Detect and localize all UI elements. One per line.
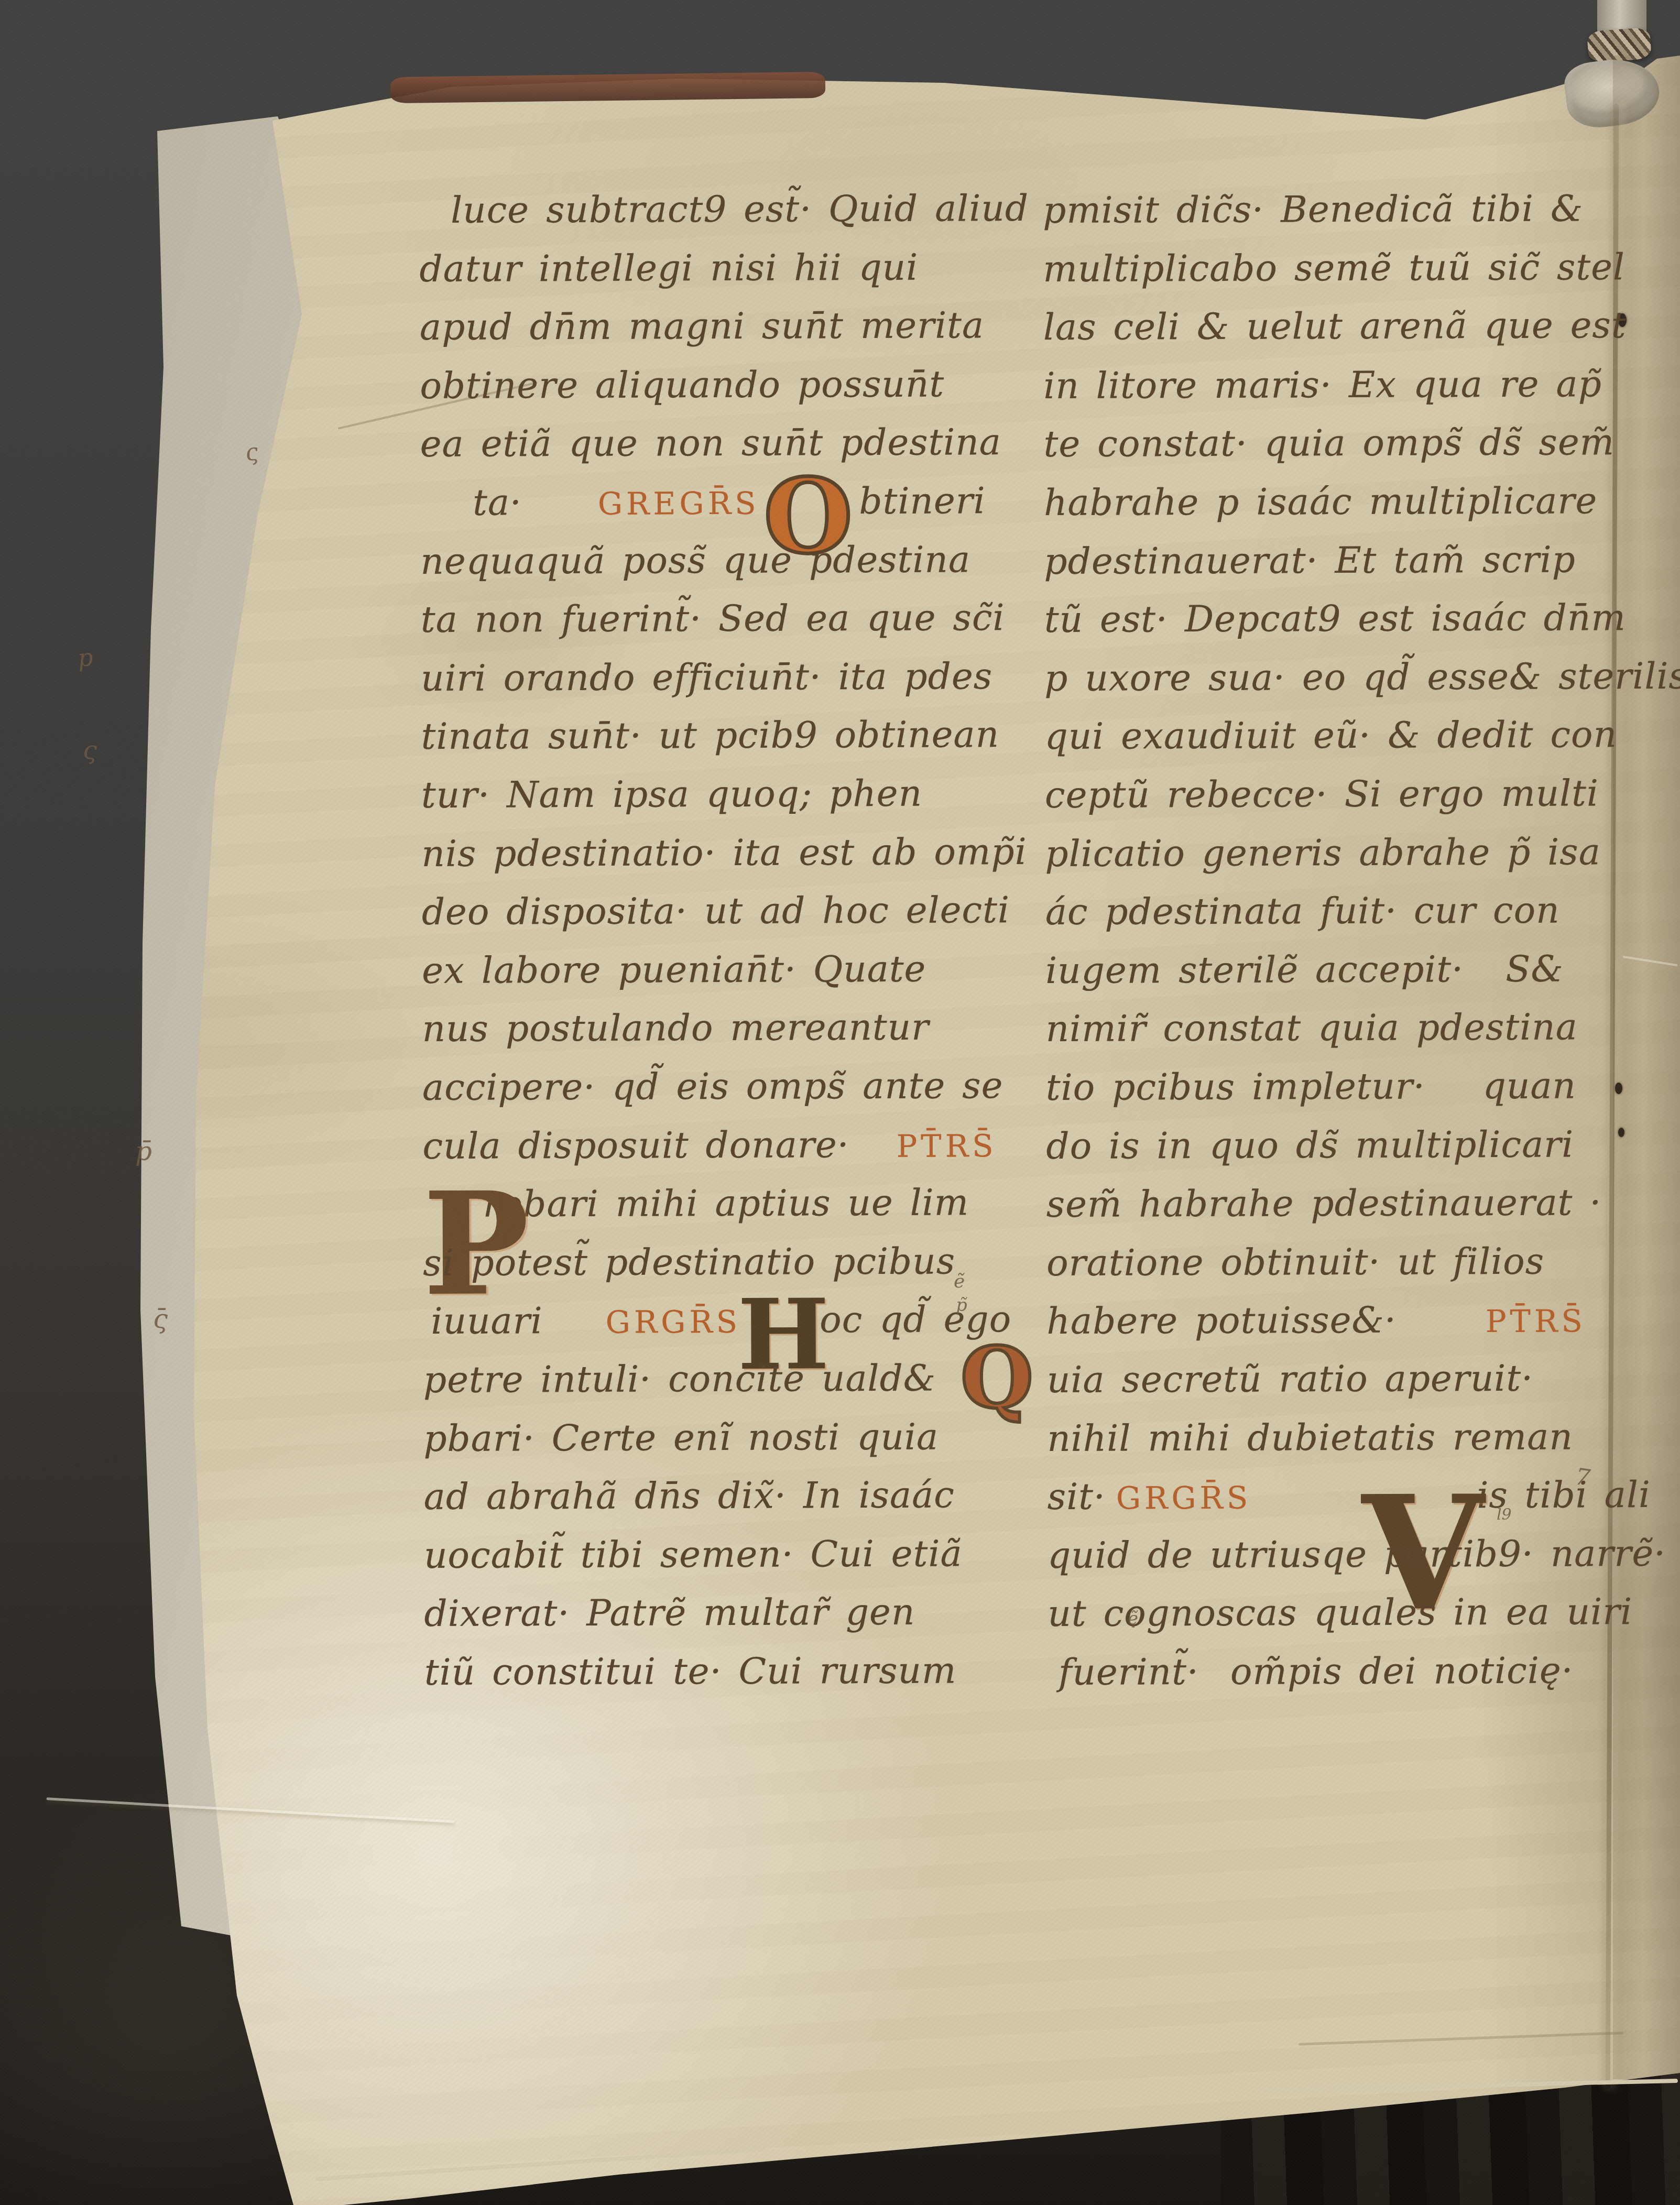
text-line: uiri orando efficiun̄t· ita pdes xyxy=(421,656,992,716)
text-segment: oratione obtinuit· ut filios xyxy=(1046,1240,1544,1284)
margin-mark: l9 xyxy=(1497,1507,1512,1523)
rubric-speaker: GRGR̄S xyxy=(606,1304,741,1340)
text-line: obtinere aliquando possun̄t xyxy=(420,363,944,423)
text-segment: apud dn̄m magni sun̄t merita xyxy=(420,304,984,348)
text-segment: multiplicabo semẽ tuũ sic̃ stel xyxy=(1043,246,1625,290)
text-segment: nihil mihi dubietatis reman xyxy=(1047,1416,1573,1460)
rubric-speaker: GREGR̄S xyxy=(598,485,760,522)
text-segment: S& xyxy=(1506,948,1564,990)
text-line: Quia secretũ ratio aperuit· xyxy=(1047,1358,1533,1418)
rubric-speaker: PT̄RS̄ xyxy=(896,1128,997,1164)
page-top-edge-stain xyxy=(390,72,826,103)
worm-hole xyxy=(1618,1128,1624,1137)
text-line: multiplicabo semẽ tuũ sic̃ stel xyxy=(1043,246,1625,307)
margin-mark: p xyxy=(77,645,94,670)
text-segment: nimir̃ constat quia pdestina xyxy=(1045,1007,1577,1051)
text-line: si potest̃ pdestinatio pcibus xyxy=(423,1240,955,1301)
text-line: las celi & uelut arenã que est xyxy=(1043,304,1627,365)
text-segment: deo disposita· ut ad hoc electi xyxy=(422,889,1010,933)
text-line: pbari· Certe enĩ nosti quia xyxy=(423,1416,939,1476)
text-line: tiũ constitui te· Cui rursum xyxy=(424,1650,957,1710)
text-segment: in litore maris· Ex qua re ap̃ xyxy=(1043,363,1602,407)
text-segment: accipere· qd̃ eis omps̃ ante se xyxy=(422,1065,1003,1109)
text-segment: pdestinauerat· Et tam̃ scrip xyxy=(1044,539,1576,583)
margin-mark: ẽ xyxy=(954,1272,965,1291)
text-line: sem̃ habrahe pdestinauerat · xyxy=(1046,1182,1602,1243)
text-line: p uxore sua· eo qd̃ esse& sterilis xyxy=(1044,656,1680,716)
text-line: qui exaudiuit eũ· & dedit con xyxy=(1045,714,1618,775)
text-line: apud dn̄m magni sun̄t merita xyxy=(420,304,985,365)
text-segment: ta non fuerint̃· Sed ea que sc̃i xyxy=(421,597,1005,641)
text-segment: sit· xyxy=(1048,1476,1106,1518)
text-segment: quan xyxy=(1483,1065,1576,1107)
text-line: nis pdestinatio· ita est ab omp̃i xyxy=(421,831,1027,892)
text-segment: tio pcibus impletur· xyxy=(1046,1065,1425,1109)
text-line: iuuariGRGR̄SHoc qd̃ ego xyxy=(423,1298,1011,1359)
text-segment: uocabit̃ tibi semen· Cui etiã xyxy=(424,1533,963,1577)
text-line: dixerat· Patrẽ multar̃ gen xyxy=(424,1591,915,1652)
text-segment: petre intuli· concite uald& xyxy=(423,1358,936,1401)
text-segment: tur· Nam ipsa quoq; phen xyxy=(421,773,922,816)
text-segment: om̃pis dei noticię· xyxy=(1230,1650,1574,1693)
text-segment: iugem sterilẽ accepit· xyxy=(1045,948,1464,992)
text-segment: si potest̃ pdestinatio pcibus xyxy=(423,1240,955,1284)
text-segment: fuerint̃· xyxy=(1059,1651,1199,1694)
text-segment: luce subtract9 est̃· Quid aliud xyxy=(451,188,1029,232)
text-segment: nus postulando mereantur xyxy=(422,1007,929,1050)
text-segment: dixerat· Patrẽ multar̃ gen xyxy=(424,1591,915,1635)
text-segment: sem̃ habrahe pdestinauerat · xyxy=(1046,1182,1602,1226)
text-segment: las celi & uelut arenã que est xyxy=(1043,304,1627,348)
text-line: Probari mihi aptius ue lim xyxy=(423,1182,969,1243)
text-line: plicatio generis abrahe p̃ isa xyxy=(1045,831,1601,892)
text-line: pmisit dic̃s· Benedicã tibi & xyxy=(1043,188,1584,248)
text-line: nimir̃ constat quia pdestina xyxy=(1045,1007,1578,1067)
text-line: ta non fuerint̃· Sed ea que sc̃i xyxy=(421,597,1005,658)
text-segment: tũ est· Depcat9 est isaác dn̄m xyxy=(1044,597,1626,641)
text-segment: obtinere aliquando possun̄t xyxy=(420,363,944,407)
text-line: tio pcibus impletur·quan xyxy=(1046,1065,1576,1126)
text-line: accipere· qd̃ eis omps̃ ante se xyxy=(422,1065,1003,1126)
margin-mark: ę̃ xyxy=(1128,1610,1138,1628)
text-line: petre intuli· concite uald& xyxy=(423,1358,936,1418)
text-segment: datur intellegi nisi hii qui xyxy=(419,246,918,290)
text-segment: pmisit dic̃s· Benedicã tibi & xyxy=(1043,188,1583,232)
rubric-speaker: PT̄RS̄ xyxy=(1486,1303,1586,1340)
text-line: ta·GREGR̄SObtineri xyxy=(420,480,986,541)
text-line: do is in quo ds̃ multiplicari xyxy=(1046,1123,1574,1184)
text-segment: ad abrahã dn̄s dix̃· In isaác xyxy=(424,1475,955,1519)
text-segment: p uxore sua· eo qd̃ esse& sterilis xyxy=(1044,656,1680,700)
text-line: habere potuisse&·PT̄RS̄ xyxy=(1046,1299,1586,1360)
rubric-speaker: GRGR̄S xyxy=(1116,1480,1252,1516)
text-segment: pbari· Certe enĩ nosti quia xyxy=(423,1416,939,1459)
text-segment: ta· xyxy=(473,482,522,523)
text-line: oratione obtinuit· ut filios xyxy=(1046,1240,1544,1301)
text-line: deo disposita· ut ad hoc electi xyxy=(422,889,1010,950)
text-segment: robari mihi aptius ue lim xyxy=(483,1182,969,1226)
text-segment: uiri orando efficiun̄t· ita pdes xyxy=(421,656,992,700)
text-segment: plicatio generis abrahe p̃ isa xyxy=(1045,831,1601,875)
text-line: sit·GRGR̄SVis tibi ali xyxy=(1048,1474,1651,1535)
text-segment: tiũ constitui te· Cui rursum xyxy=(424,1650,957,1694)
text-segment: btineri xyxy=(859,480,986,522)
text-segment: nequaquã poss̃ que pdestina xyxy=(420,539,970,583)
text-line: te constat· quia omps̃ ds̃ sem̃ xyxy=(1044,422,1615,483)
text-segment: ex labore puenian̄t· Quate xyxy=(422,948,926,991)
text-line: pdestinauerat· Et tam̃ scrip xyxy=(1044,539,1576,599)
text-segment: qui exaudiuit eũ· & dedit con xyxy=(1045,714,1618,758)
text-line: fuerint̃·om̃pis dei noticię· xyxy=(1048,1650,1574,1710)
text-line: nihil mihi dubietatis reman xyxy=(1047,1416,1573,1477)
text-segment: nis pdestinatio· ita est ab omp̃i xyxy=(421,831,1027,875)
text-line: luce subtract9 est̃· Quid aliud xyxy=(419,188,1029,248)
text-line: ác pdestinata fuit· cur con xyxy=(1045,890,1560,950)
text-line: quid de utriusqe partib9· narrẽ· xyxy=(1048,1533,1666,1593)
manuscript-photo: luce subtract9 est̃· Quid aliuddatur int… xyxy=(0,0,1680,2205)
text-line: datur intellegi nisi hii qui xyxy=(419,246,918,307)
margin-mark: ς xyxy=(83,738,97,763)
text-segment: ea etiã que non sun̄t pdestina xyxy=(420,422,1002,466)
text-line: nequaquã poss̃ que pdestina xyxy=(420,539,970,599)
text-segment: do is in quo ds̃ multiplicari xyxy=(1046,1123,1574,1167)
text-segment: iuuari xyxy=(431,1301,542,1343)
text-segment: habere potuisse&· xyxy=(1046,1300,1397,1342)
text-line: ea etiã que non sun̄t pdestina xyxy=(420,422,1002,483)
text-segment: habrahe p isaác multiplicare xyxy=(1044,480,1597,524)
margin-mark: p̃ xyxy=(956,1296,967,1314)
margin-mark: ς̄ xyxy=(153,1306,168,1332)
text-segment: quid de utriusqe partib9· narrẽ· xyxy=(1048,1533,1666,1577)
margin-mark: p̄ xyxy=(135,1138,152,1164)
text-line: habrahe p isaác multiplicare xyxy=(1044,480,1598,541)
text-line: tur· Nam ipsa quoq; phen xyxy=(421,773,922,833)
text-line: tinata sun̄t· ut pcib9 obtinean xyxy=(421,714,1000,775)
text-segment: uia secretũ ratio aperuit· xyxy=(1047,1358,1533,1401)
text-line: in litore maris· Ex qua re ap̃ xyxy=(1043,363,1602,424)
text-segment: ác pdestinata fuit· cur con xyxy=(1045,890,1560,933)
text-line: uocabit̃ tibi semen· Cui etiã xyxy=(424,1533,963,1593)
text-segment: tinata sun̄t· ut pcib9 obtinean xyxy=(421,714,1000,758)
text-line: ex labore puenian̄t· Quate xyxy=(422,948,926,1008)
text-segment: te constat· quia omps̃ ds̃ sem̃ xyxy=(1044,422,1615,466)
text-line: ad abrahã dn̄s dix̃· In isaác xyxy=(424,1475,955,1535)
text-line: nus postulando mereantur xyxy=(422,1007,929,1067)
text-line: tũ est· Depcat9 est isaác dn̄m xyxy=(1044,597,1626,658)
drop-cap-initial: Q xyxy=(961,1336,1034,1420)
worm-hole xyxy=(1615,1083,1622,1094)
text-segment: ceptũ rebecce· Si ergo multi xyxy=(1045,772,1599,816)
text-line: ceptũ rebecce· Si ergo multi xyxy=(1045,772,1599,833)
text-line: iugem sterilẽ accepit·S& xyxy=(1045,948,1564,1008)
